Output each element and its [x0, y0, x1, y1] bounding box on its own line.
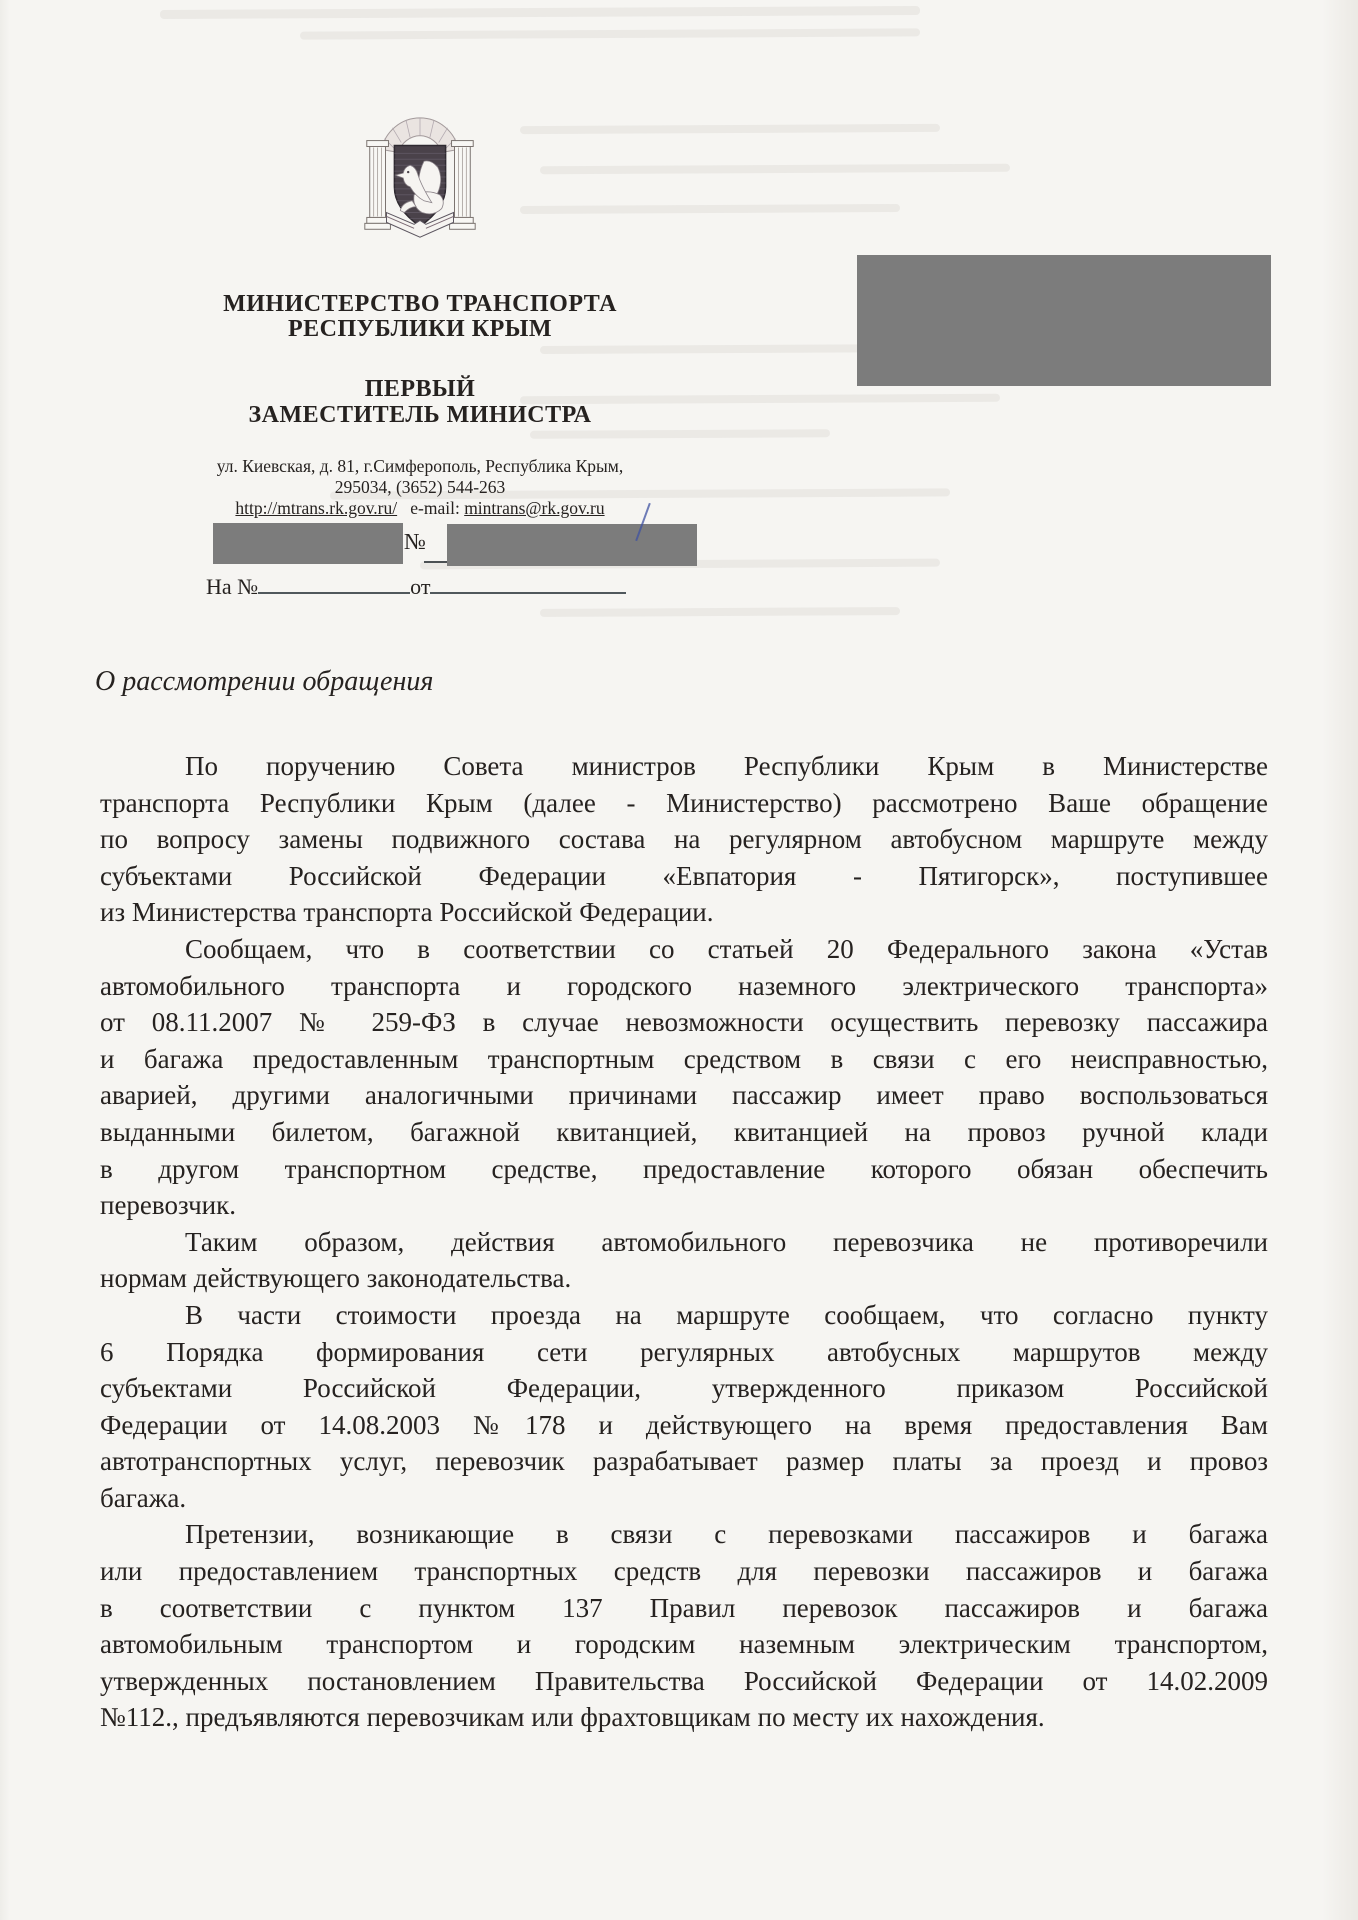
body-line: автотранспортных услуг, перевозчик разра… — [100, 1443, 1268, 1480]
body-line: или предоставлением транспортных средств… — [100, 1553, 1268, 1590]
body-line: из Министерства транспорта Российской Фе… — [100, 894, 1268, 931]
letter-body: По поручению Совета министров Республики… — [100, 748, 1268, 1736]
body-line: субъектами Российской Федерации, утвержд… — [100, 1370, 1268, 1407]
official-title-line2: ЗАМЕСТИТЕЛЬ МИНИСТРА — [150, 402, 690, 428]
contacts-line: http://mtrans.rk.gov.ru/ e-mail: mintran… — [150, 498, 690, 519]
redaction-box-outgoing-number — [447, 524, 697, 566]
email-label: e-mail: — [410, 498, 460, 518]
subject-line: О рассмотрении обращения — [95, 666, 433, 698]
body-line: по вопросу замены подвижного состава на … — [100, 821, 1268, 858]
body-line: 6 Порядка формирования сети регулярных а… — [100, 1334, 1268, 1371]
body-line: автомобильного транспорта и городского н… — [100, 968, 1268, 1005]
body-line: автомобильным транспортом и городским на… — [100, 1626, 1268, 1663]
bleedthrough-mark — [540, 164, 1010, 174]
official-title: ПЕРВЫЙ ЗАМЕСТИТЕЛЬ МИНИСТРА — [150, 376, 690, 428]
redaction-box-outgoing-date — [213, 523, 403, 564]
ministry-name-line1: МИНИСТЕРСТВО ТРАНСПОРТА — [150, 292, 690, 317]
body-line: №112., предъявляются перевозчикам или фр… — [100, 1699, 1268, 1736]
reply-number-blank-line — [258, 592, 410, 594]
body-line: багажа. — [100, 1480, 1268, 1517]
scanned-letter-page: МИНИСТЕРСТВО ТРАНСПОРТА РЕСПУБЛИКИ КРЫМ … — [0, 0, 1358, 1920]
body-line: от 08.11.2007 № 259-ФЗ в случае невозмож… — [100, 1004, 1268, 1041]
body-line: утвержденных постановлением Правительств… — [100, 1663, 1268, 1700]
email-link: mintrans@rk.gov.ru — [464, 498, 604, 518]
on-number-label: На № — [206, 574, 258, 599]
body-line: В части стоимости проезда на маршруте со… — [100, 1297, 1268, 1334]
crimea-coat-of-arms-icon — [357, 112, 483, 248]
reply-date-blank-line — [430, 592, 626, 594]
body-line: перевозчик. — [100, 1187, 1268, 1224]
body-line: аварией, другими аналогичными причинами … — [100, 1077, 1268, 1114]
letterhead-address: ул. Киевская, д. 81, г.Симферополь, Респ… — [150, 456, 690, 519]
body-line: Таким образом, действия автомобильного п… — [100, 1224, 1268, 1261]
from-label: от — [410, 574, 430, 599]
body-line: Федерации от 14.08.2003 №178 и действующ… — [100, 1407, 1268, 1444]
official-title-line1: ПЕРВЫЙ — [150, 376, 690, 402]
body-line: в другом транспортном средстве, предоста… — [100, 1151, 1268, 1188]
address-line1: ул. Киевская, д. 81, г.Симферополь, Респ… — [150, 456, 690, 477]
shield-icon — [394, 146, 445, 227]
bleedthrough-mark — [540, 607, 900, 617]
redaction-box-addressee — [857, 255, 1271, 386]
address-line2: 295034, (3652) 544-263 — [150, 477, 690, 498]
bleedthrough-mark — [520, 204, 900, 214]
bleedthrough-mark — [300, 28, 920, 39]
website-link: http://mtrans.rk.gov.ru/ — [235, 498, 397, 518]
bleedthrough-mark — [160, 6, 920, 19]
number-sign: № — [404, 529, 426, 555]
ministry-name-line2: РЕСПУБЛИКИ КРЫМ — [150, 317, 690, 342]
body-line: и багажа предоставленным транспортным ср… — [100, 1041, 1268, 1078]
body-line: субъектами Российской Федерации «Евпатор… — [100, 858, 1268, 895]
body-line: транспорта Республики Крым (далее - Мини… — [100, 785, 1268, 822]
body-line: выданными билетом, багажной квитанцией, … — [100, 1114, 1268, 1151]
bleedthrough-mark — [520, 124, 940, 134]
ministry-name: МИНИСТЕРСТВО ТРАНСПОРТА РЕСПУБЛИКИ КРЫМ — [150, 292, 690, 342]
body-line: Сообщаем, что в соответствии со статьей … — [100, 931, 1268, 968]
body-line: По поручению Совета министров Республики… — [100, 748, 1268, 785]
reply-reference-row: На №от — [206, 574, 626, 600]
bleedthrough-mark — [530, 429, 830, 439]
body-line: в соответствии с пунктом 137 Правил пере… — [100, 1590, 1268, 1627]
body-line: нормам действующего законодательства. — [100, 1260, 1268, 1297]
body-line: Претензии, возникающие в связи с перевоз… — [100, 1516, 1268, 1553]
